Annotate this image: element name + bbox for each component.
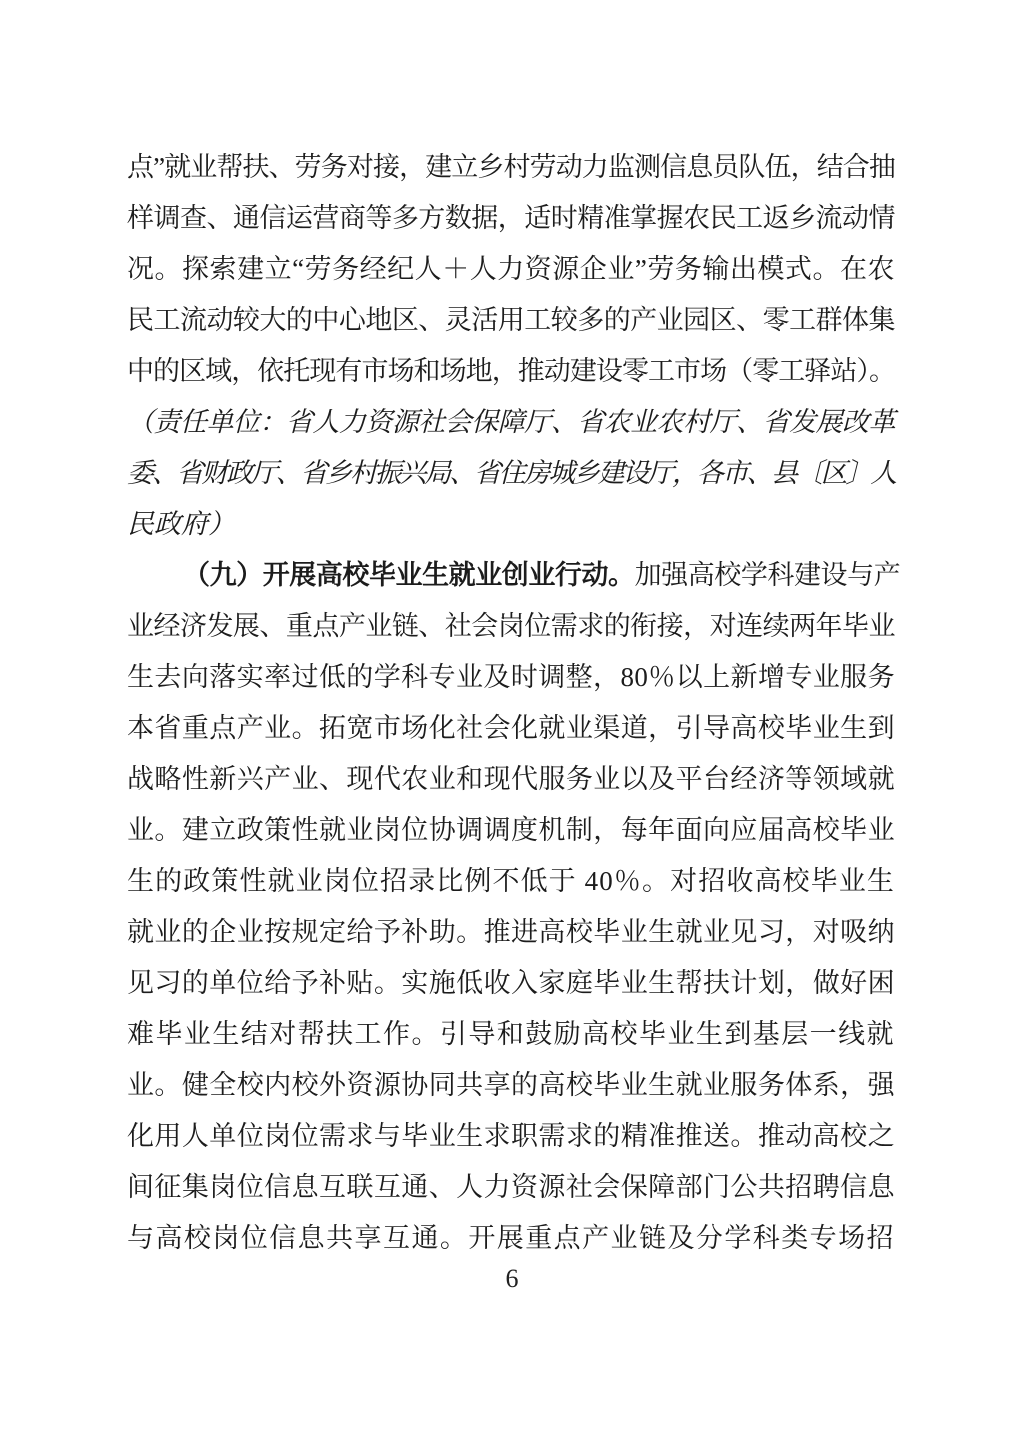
body-line: 业经济发展、重点产业链、社会岗位需求的衔接，对连续两年毕业 (127, 601, 895, 652)
body-line: 本省重点产业。拓宽市场化社会化就业渠道，引导高校毕业生到 (127, 703, 895, 754)
body-text: 加强高校学科建设与产 (635, 560, 901, 590)
page-number: 6 (0, 1262, 1024, 1296)
responsible-units-line: 民政府） (127, 499, 895, 550)
section-heading: （九）开展高校毕业生就业创业行动。 (183, 560, 635, 590)
body-line: 与高校岗位信息共享互通。开展重点产业链及分学科类专场招 (127, 1213, 895, 1264)
body-line: 生去向落实率过低的学科专业及时调整，80％以上新增专业服务 (127, 652, 895, 703)
responsible-units-line: 委、省财政厅、省乡村振兴局、省住房城乡建设厅，各市、县〔区〕人 (127, 448, 895, 499)
body-line: 间征集岗位信息互联互通、人力资源社会保障部门公共招聘信息 (127, 1162, 895, 1213)
body-line: 业。健全校内校外资源协同共享的高校毕业生就业服务体系，强 (127, 1060, 895, 1111)
body-line: 化用人单位岗位需求与毕业生求职需求的精准推送。推动高校之 (127, 1111, 895, 1162)
body-line: 样调查、通信运营商等多方数据，适时精准掌握农民工返乡流动情 (127, 193, 895, 244)
body-line: 点”就业帮扶、劳务对接，建立乡村劳动力监测信息员队伍，结合抽 (127, 142, 895, 193)
section-heading-line: （九）开展高校毕业生就业创业行动。加强高校学科建设与产 (127, 550, 895, 601)
body-line: 况。探索建立“劳务经纪人＋人力资源企业”劳务输出模式。在农 (127, 244, 895, 295)
body-line: 生的政策性就业岗位招录比例不低于 40％。对招收高校毕业生 (127, 856, 895, 907)
body-line: 难毕业生结对帮扶工作。引导和鼓励高校毕业生到基层一线就 (127, 1009, 895, 1060)
body-line: 见习的单位给予补贴。实施低收入家庭毕业生帮扶计划，做好困 (127, 958, 895, 1009)
body-line: 就业的企业按规定给予补助。推进高校毕业生就业见习，对吸纳 (127, 907, 895, 958)
body-line: 业。建立政策性就业岗位协调调度机制，每年面向应届高校毕业 (127, 805, 895, 856)
body-line: 战略性新兴产业、现代农业和现代服务业以及平台经济等领域就 (127, 754, 895, 805)
document-body: 点”就业帮扶、劳务对接，建立乡村劳动力监测信息员队伍，结合抽 样调查、通信运营商… (127, 142, 895, 1264)
responsible-units-line: （责任单位：省人力资源社会保障厅、省农业农村厅、省发展改革 (127, 397, 895, 448)
document-page: 点”就业帮扶、劳务对接，建立乡村劳动力监测信息员队伍，结合抽 样调查、通信运营商… (0, 0, 1024, 1449)
body-line: 中的区域，依托现有市场和场地，推动建设零工市场（零工驿站）。 (127, 346, 895, 397)
body-line: 民工流动较大的中心地区、灵活用工较多的产业园区、零工群体集 (127, 295, 895, 346)
